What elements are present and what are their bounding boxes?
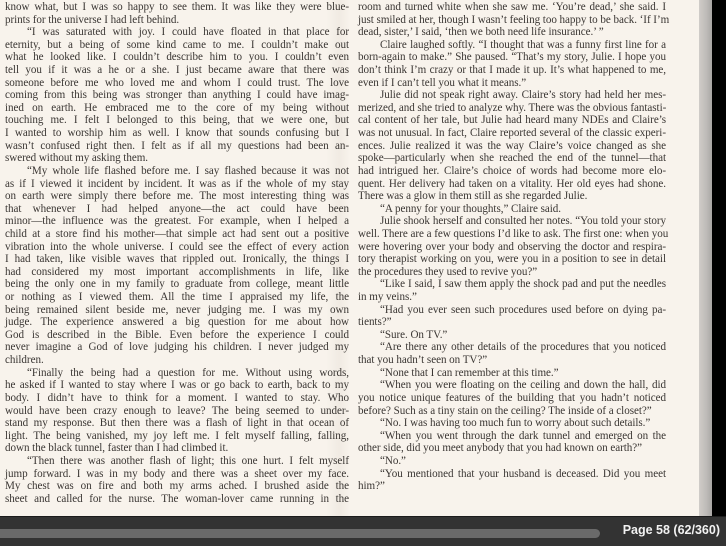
right-page-text: room and turned white when she saw me. ‘… [358,1,666,493]
text-line: “I was saturated with joy. I could have … [5,26,349,39]
book-page-spread[interactable]: know what, but I was so happy to see the… [0,0,699,516]
text-line: ences. Julie realized it was the way Cla… [358,140,666,153]
text-line: even if I can’t tell you what it means.” [358,77,666,90]
text-line: “You mentioned that your husband is dece… [358,468,666,481]
page-indicator: Page 58 (62/360) [623,523,720,537]
text-line: Claire laughed softly. “I thought that w… [358,39,666,52]
text-line: being the only one in my family to gradu… [5,278,349,291]
text-line: “Then there was another flash of light; … [5,455,349,468]
text-line: know what, but I was so happy to see the… [5,1,349,14]
text-line: My chest was on fire and both my arms ac… [5,480,349,493]
text-line: light. The being vanished, my joy left m… [5,430,349,443]
left-page-text: know what, but I was so happy to see the… [5,1,349,505]
text-line: “When you went through the dark tunnel a… [358,430,666,443]
text-line: “No.” [358,455,666,468]
text-line: coming from this being was stronger than… [5,89,349,102]
text-line: cal content of her tale, but Julie had h… [358,114,666,127]
text-line: you notice unique features of the buildi… [358,392,666,405]
text-line: touching me. I felt I belonged to this b… [5,114,349,127]
text-line: “A penny for your thoughts,” Claire said… [358,203,666,216]
text-line: ined on earth. He embraced me to the cor… [5,102,349,115]
text-line: being remained silent beside me, never j… [5,304,349,317]
text-line: “When you were floating on the ceiling a… [358,379,666,392]
text-line: dead, sister,’ I said, ‘then we both nee… [358,26,666,39]
text-line: well. There are a few questions I’d like… [358,228,666,241]
text-line: someone before me who loved me and whom … [5,77,349,90]
text-line: vibration into the whole universe. I cou… [5,241,349,254]
text-line: swered without my asking them. [5,152,349,165]
text-line: that whenever I had helped anyone—the ac… [5,203,349,216]
text-line: “Had you ever seen such procedures used … [358,304,666,317]
text-line: “Are there any other details of the proc… [358,341,666,354]
text-line: prints for the universe I had left behin… [5,14,349,27]
text-line: quent. Her delivery had taken on a vital… [358,178,666,191]
viewer-background [712,0,726,516]
text-line: wasn’t confused right then. I felt as if… [5,140,349,153]
text-line: were hovering over your body and observi… [358,241,666,254]
text-line: body. I didn’t have to think for a momen… [5,392,349,405]
text-line: just smiled at her, though I wasn’t feel… [358,14,666,27]
text-line: had intrigued her. Claire’s choice of wo… [358,165,666,178]
text-line: tory therapist working on you, were you … [358,253,666,266]
text-line: room and turned white when she saw me. ‘… [358,1,666,14]
text-line: judge. The experience answered a big que… [5,316,349,329]
text-line: Julie shook herself and consulted her no… [358,215,666,228]
text-line: Julie did not speak right away. Claire’s… [358,89,666,102]
text-line: would have been crazy enough to leave? T… [5,405,349,418]
text-line: children. [5,354,349,367]
text-line: before? Such as a tiny stain on the ceil… [358,405,666,418]
text-line: jump forward. I was in my body and there… [5,468,349,481]
text-line: stand my response. But then there was a … [5,417,349,430]
text-line: what he looked like. I couldn’t describe… [5,51,349,64]
text-line: on earth were simply there before me. Th… [5,190,349,203]
text-line: minor—the influence was the greatest. Fo… [5,215,349,228]
text-line: merized, and she tried to analyze why. T… [358,102,666,115]
text-line: the procedures they used to revive you?” [358,266,666,279]
text-line: “Sure. On TV.” [358,329,666,342]
text-line: God is described in the Bible. Even befo… [5,329,349,342]
text-line: child at a store find his mother—that si… [5,228,349,241]
text-line: or nothing as I viewed them. All the tim… [5,291,349,304]
text-line: was not unusual. In fact, Claire reporte… [358,127,666,140]
text-line: eternity, but a being of some kind came … [5,39,349,52]
text-line: that you hadn’t seen on TV?” [358,354,666,367]
text-line: never imagine a God of love judging his … [5,341,349,354]
text-line: tell you if it was a he or a she. I just… [5,64,349,77]
text-line: down the black tunnel, faster than I had… [5,442,349,455]
text-line: as if I viewed it incident by incident. … [5,178,349,191]
text-line: “No. I was having too much fun to worry … [358,417,666,430]
ebook-reader: know what, but I was so happy to see the… [0,0,726,546]
text-line: There was a glow in them still as she re… [358,190,666,203]
text-line: “My whole life flashed before me. I say … [5,165,349,178]
text-line: had considered my most important accompl… [5,266,349,279]
text-line: I had taken, like visible waves that rip… [5,253,349,266]
text-line: other side, did you meet anybody that yo… [358,442,666,455]
page-edge-shadow [699,0,712,516]
text-line: he asked if I wanted to stay where I was… [5,379,349,392]
text-line: sheet and called for the nurse. The woma… [5,493,349,506]
status-bar: Page 58 (62/360) [0,516,726,546]
text-line: him?” [358,480,666,493]
text-line: “Like I said, I saw them apply the shock… [358,278,666,291]
text-line: “Finally the being had a question for me… [5,367,349,380]
reading-progress-bar[interactable] [0,529,600,538]
text-line: in my veins.” [358,291,666,304]
text-line: “None that I can remember at this time.” [358,367,666,380]
text-line: don’t think I’m crazy or that I made it … [358,64,666,77]
text-line: spoke—particularly when she reached the … [358,152,666,165]
text-line: I wanted to worship him as well. I know … [5,127,349,140]
text-line: born-again to make.” She paused. “That’s… [358,51,666,64]
text-line: tients?” [358,316,666,329]
